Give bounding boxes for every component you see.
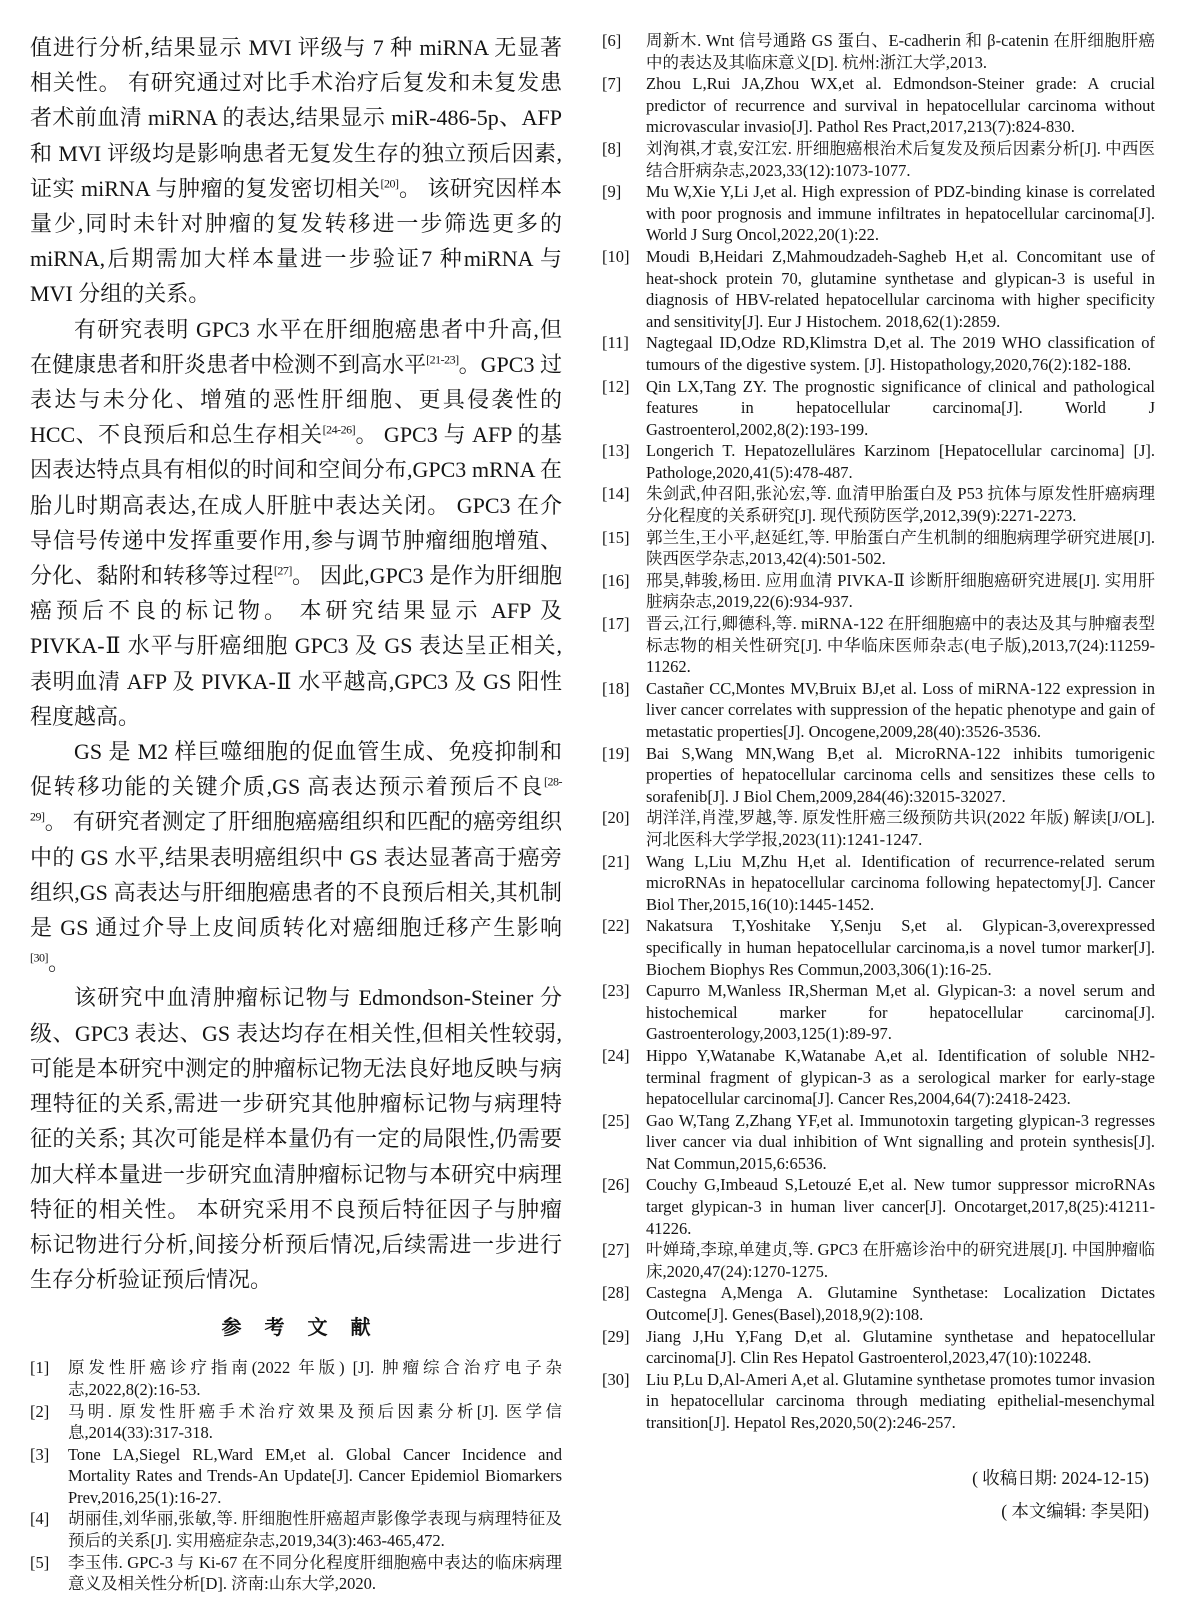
- reference-number: [6]: [602, 30, 646, 52]
- reference-text: 叶婵琦,李琼,单建贞,等. GPC3 在肝癌诊治中的研究进展[J]. 中国肿瘤临…: [646, 1239, 1155, 1282]
- left-column: 值进行分析,结果显示 MVI 评级与 7 种 miRNA 无显著相关性。 有研究…: [30, 30, 562, 1604]
- reference-text: Liu P,Lu D,Al-Ameri A,et al. Glutamine s…: [646, 1369, 1155, 1434]
- reference-text: 朱剑武,仲召阳,张沁宏,等. 血清甲胎蛋白及 P53 抗体与原发性肝癌病理分化程…: [646, 483, 1155, 526]
- reference-number: [28]: [602, 1282, 646, 1304]
- reference-number: [4]: [30, 1508, 68, 1530]
- citation-superscript: [21-23]: [426, 353, 459, 367]
- citation-superscript: [24-26]: [323, 423, 356, 437]
- reference-item: [3]Tone LA,Siegel RL,Ward EM,et al. Glob…: [30, 1444, 562, 1509]
- reference-number: [23]: [602, 980, 646, 1002]
- reference-item: [8]刘洵祺,才袁,安江宏. 肝细胞癌根治术后复发及预后因素分析[J]. 中西医…: [602, 138, 1155, 181]
- reference-number: [21]: [602, 851, 646, 873]
- reference-text: Mu W,Xie Y,Li J,et al. High expression o…: [646, 181, 1155, 246]
- body-paragraph: 值进行分析,结果显示 MVI 评级与 7 种 miRNA 无显著相关性。 有研究…: [30, 30, 562, 312]
- reference-text: Hippo Y,Watanabe K,Watanabe A,et al. Ide…: [646, 1045, 1155, 1110]
- reference-item: [29]Jiang J,Hu Y,Fang D,et al. Glutamine…: [602, 1326, 1155, 1369]
- reference-number: [18]: [602, 678, 646, 700]
- reference-text: 郭兰生,王小平,赵延红,等. 甲胎蛋白产生机制的细胞病理学研究进展[J]. 陕西…: [646, 527, 1155, 570]
- paragraph-text: 。 有研究者测定了肝细胞癌癌组织和匹配的癌旁组织中的 GS 水平,结果表明癌组织…: [30, 809, 562, 940]
- reference-item: [22]Nakatsura T,Yoshitake Y,Senju S,et a…: [602, 915, 1155, 980]
- reference-item: [20]胡洋洋,肖滢,罗越,等. 原发性肝癌三级预防共识(2022 年版) 解读…: [602, 807, 1155, 850]
- reference-text: Wang L,Liu M,Zhu H,et al. Identification…: [646, 851, 1155, 916]
- body-paragraph: 该研究中血清肿瘤标记物与 Edmondson-Steiner 分级、GPC3 表…: [30, 980, 562, 1297]
- reference-text: Jiang J,Hu Y,Fang D,et al. Glutamine syn…: [646, 1326, 1155, 1369]
- reference-item: [6]周新木. Wnt 信号通路 GS 蛋白、E-cadherin 和 β-ca…: [602, 30, 1155, 73]
- reference-item: [12]Qin LX,Tang ZY. The prognostic signi…: [602, 376, 1155, 441]
- reference-item: [24]Hippo Y,Watanabe K,Watanabe A,et al.…: [602, 1045, 1155, 1110]
- reference-item: [1]原发性肝癌诊疗指南(2022 年版) [J]. 肿瘤综合治疗电子杂志,20…: [30, 1357, 562, 1400]
- reference-text: Castañer CC,Montes MV,Bruix BJ,et al. Lo…: [646, 678, 1155, 743]
- reference-number: [25]: [602, 1110, 646, 1132]
- reference-text: Nagtegaal ID,Odze RD,Klimstra D,et al. T…: [646, 332, 1155, 375]
- reference-text: Moudi B,Heidari Z,Mahmoudzadeh-Sagheb H,…: [646, 246, 1155, 332]
- reference-item: [13]Longerich T. Hepatozelluläres Karzin…: [602, 440, 1155, 483]
- editor-note: ( 本文编辑: 李昊阳): [602, 1495, 1149, 1528]
- reference-item: [23]Capurro M,Wanless IR,Sherman M,et al…: [602, 980, 1155, 1045]
- citation-superscript: [30]: [30, 951, 48, 965]
- reference-number: [9]: [602, 181, 646, 203]
- reference-item: [4]胡丽佳,刘华丽,张敏,等. 肝细胞性肝癌超声影像学表现与病理特征及预后的关…: [30, 1508, 562, 1551]
- reference-text: 马明. 原发性肝癌手术治疗效果及预后因素分析[J]. 医学信息,2014(33)…: [68, 1401, 562, 1444]
- body-paragraph: 有研究表明 GPC3 水平在肝细胞癌患者中升高,但在健康患者和肝炎患者中检测不到…: [30, 312, 562, 734]
- references-list-left: [1]原发性肝癌诊疗指南(2022 年版) [J]. 肿瘤综合治疗电子杂志,20…: [30, 1357, 562, 1595]
- right-column: [6]周新木. Wnt 信号通路 GS 蛋白、E-cadherin 和 β-ca…: [602, 30, 1155, 1604]
- reference-text: Couchy G,Imbeaud S,Letouzé E,et al. New …: [646, 1174, 1155, 1239]
- body-paragraphs: 值进行分析,结果显示 MVI 评级与 7 种 miRNA 无显著相关性。 有研究…: [30, 30, 562, 1297]
- references-heading: 参 考 文 献: [30, 1313, 562, 1343]
- reference-number: [12]: [602, 376, 646, 398]
- reference-item: [28]Castegna A,Menga A. Glutamine Synthe…: [602, 1282, 1155, 1325]
- reference-text: Castegna A,Menga A. Glutamine Synthetase…: [646, 1282, 1155, 1325]
- reference-number: [22]: [602, 915, 646, 937]
- reference-number: [1]: [30, 1357, 68, 1379]
- reference-text: Gao W,Tang Z,Zhang YF,et al. Immunotoxin…: [646, 1110, 1155, 1175]
- reference-item: [17]晋云,江行,卿德科,等. miRNA-122 在肝细胞癌中的表达及其与肿…: [602, 613, 1155, 678]
- reference-item: [26]Couchy G,Imbeaud S,Letouzé E,et al. …: [602, 1174, 1155, 1239]
- reference-number: [15]: [602, 527, 646, 549]
- reference-text: 邢昊,韩骏,杨田. 应用血清 PIVKA-Ⅱ 诊断肝细胞癌研究进展[J]. 实用…: [646, 570, 1155, 613]
- reference-item: [19]Bai S,Wang MN,Wang B,et al. MicroRNA…: [602, 743, 1155, 808]
- reference-text: Zhou L,Rui JA,Zhou WX,et al. Edmondson-S…: [646, 73, 1155, 138]
- reference-number: [14]: [602, 483, 646, 505]
- reference-text: 原发性肝癌诊疗指南(2022 年版) [J]. 肿瘤综合治疗电子杂志,2022,…: [68, 1357, 562, 1400]
- reference-item: [10]Moudi B,Heidari Z,Mahmoudzadeh-Saghe…: [602, 246, 1155, 332]
- reference-item: [18]Castañer CC,Montes MV,Bruix BJ,et al…: [602, 678, 1155, 743]
- reference-number: [30]: [602, 1369, 646, 1391]
- reference-item: [11]Nagtegaal ID,Odze RD,Klimstra D,et a…: [602, 332, 1155, 375]
- reference-number: [26]: [602, 1174, 646, 1196]
- reference-text: Tone LA,Siegel RL,Ward EM,et al. Global …: [68, 1444, 562, 1509]
- reference-number: [17]: [602, 613, 646, 635]
- reference-number: [2]: [30, 1401, 68, 1423]
- reference-number: [16]: [602, 570, 646, 592]
- reference-number: [29]: [602, 1326, 646, 1348]
- citation-superscript: [20]: [380, 176, 398, 190]
- reference-item: [21]Wang L,Liu M,Zhu H,et al. Identifica…: [602, 851, 1155, 916]
- reference-text: 胡洋洋,肖滢,罗越,等. 原发性肝癌三级预防共识(2022 年版) 解读[J/O…: [646, 807, 1155, 850]
- reference-number: [10]: [602, 246, 646, 268]
- reference-number: [20]: [602, 807, 646, 829]
- article-footer: ( 收稿日期: 2024-12-15) ( 本文编辑: 李昊阳): [602, 1462, 1155, 1528]
- reference-text: Nakatsura T,Yoshitake Y,Senju S,et al. G…: [646, 915, 1155, 980]
- reference-item: [5]李玉伟. GPC-3 与 Ki-67 在不同分化程度肝细胞癌中表达的临床病…: [30, 1552, 562, 1595]
- journal-page: 值进行分析,结果显示 MVI 评级与 7 种 miRNA 无显著相关性。 有研究…: [0, 0, 1178, 1604]
- reference-text: Qin LX,Tang ZY. The prognostic significa…: [646, 376, 1155, 441]
- received-date: ( 收稿日期: 2024-12-15): [602, 1462, 1149, 1495]
- reference-number: [27]: [602, 1239, 646, 1261]
- reference-item: [15]郭兰生,王小平,赵延红,等. 甲胎蛋白产生机制的细胞病理学研究进展[J]…: [602, 527, 1155, 570]
- reference-number: [13]: [602, 440, 646, 462]
- reference-item: [30]Liu P,Lu D,Al-Ameri A,et al. Glutami…: [602, 1369, 1155, 1434]
- reference-item: [14]朱剑武,仲召阳,张沁宏,等. 血清甲胎蛋白及 P53 抗体与原发性肝癌病…: [602, 483, 1155, 526]
- reference-number: [3]: [30, 1444, 68, 1466]
- references-list-right: [6]周新木. Wnt 信号通路 GS 蛋白、E-cadherin 和 β-ca…: [602, 30, 1155, 1434]
- paragraph-text: 该研究中血清肿瘤标记物与 Edmondson-Steiner 分级、GPC3 表…: [30, 985, 562, 1292]
- reference-number: [7]: [602, 73, 646, 95]
- reference-item: [16]邢昊,韩骏,杨田. 应用血清 PIVKA-Ⅱ 诊断肝细胞癌研究进展[J]…: [602, 570, 1155, 613]
- reference-item: [9]Mu W,Xie Y,Li J,et al. High expressio…: [602, 181, 1155, 246]
- reference-item: [2]马明. 原发性肝癌手术治疗效果及预后因素分析[J]. 医学信息,2014(…: [30, 1401, 562, 1444]
- reference-text: Bai S,Wang MN,Wang B,et al. MicroRNA-122…: [646, 743, 1155, 808]
- reference-number: [19]: [602, 743, 646, 765]
- reference-text: 胡丽佳,刘华丽,张敏,等. 肝细胞性肝癌超声影像学表现与病理特征及预后的关系[J…: [68, 1508, 562, 1551]
- reference-item: [7]Zhou L,Rui JA,Zhou WX,et al. Edmondso…: [602, 73, 1155, 138]
- reference-text: 刘洵祺,才袁,安江宏. 肝细胞癌根治术后复发及预后因素分析[J]. 中西医结合肝…: [646, 138, 1155, 181]
- paragraph-text: GS 是 M2 样巨噬细胞的促血管生成、免疫抑制和促转移功能的关键介质,GS 高…: [30, 739, 562, 799]
- reference-text: 周新木. Wnt 信号通路 GS 蛋白、E-cadherin 和 β-caten…: [646, 30, 1155, 73]
- reference-item: [25]Gao W,Tang Z,Zhang YF,et al. Immunot…: [602, 1110, 1155, 1175]
- reference-item: [27]叶婵琦,李琼,单建贞,等. GPC3 在肝癌诊治中的研究进展[J]. 中…: [602, 1239, 1155, 1282]
- reference-number: [8]: [602, 138, 646, 160]
- reference-number: [11]: [602, 332, 646, 354]
- citation-superscript: [27]: [274, 564, 292, 578]
- reference-number: [24]: [602, 1045, 646, 1067]
- reference-text: Capurro M,Wanless IR,Sherman M,et al. Gl…: [646, 980, 1155, 1045]
- reference-text: 李玉伟. GPC-3 与 Ki-67 在不同分化程度肝细胞癌中表达的临床病理意义…: [68, 1552, 562, 1595]
- paragraph-text: 。: [48, 950, 70, 975]
- reference-text: Longerich T. Hepatozelluläres Karzinom […: [646, 440, 1155, 483]
- reference-text: 晋云,江行,卿德科,等. miRNA-122 在肝细胞癌中的表达及其与肿瘤表型标…: [646, 613, 1155, 678]
- reference-number: [5]: [30, 1552, 68, 1574]
- body-paragraph: GS 是 M2 样巨噬细胞的促血管生成、免疫抑制和促转移功能的关键介质,GS 高…: [30, 734, 562, 980]
